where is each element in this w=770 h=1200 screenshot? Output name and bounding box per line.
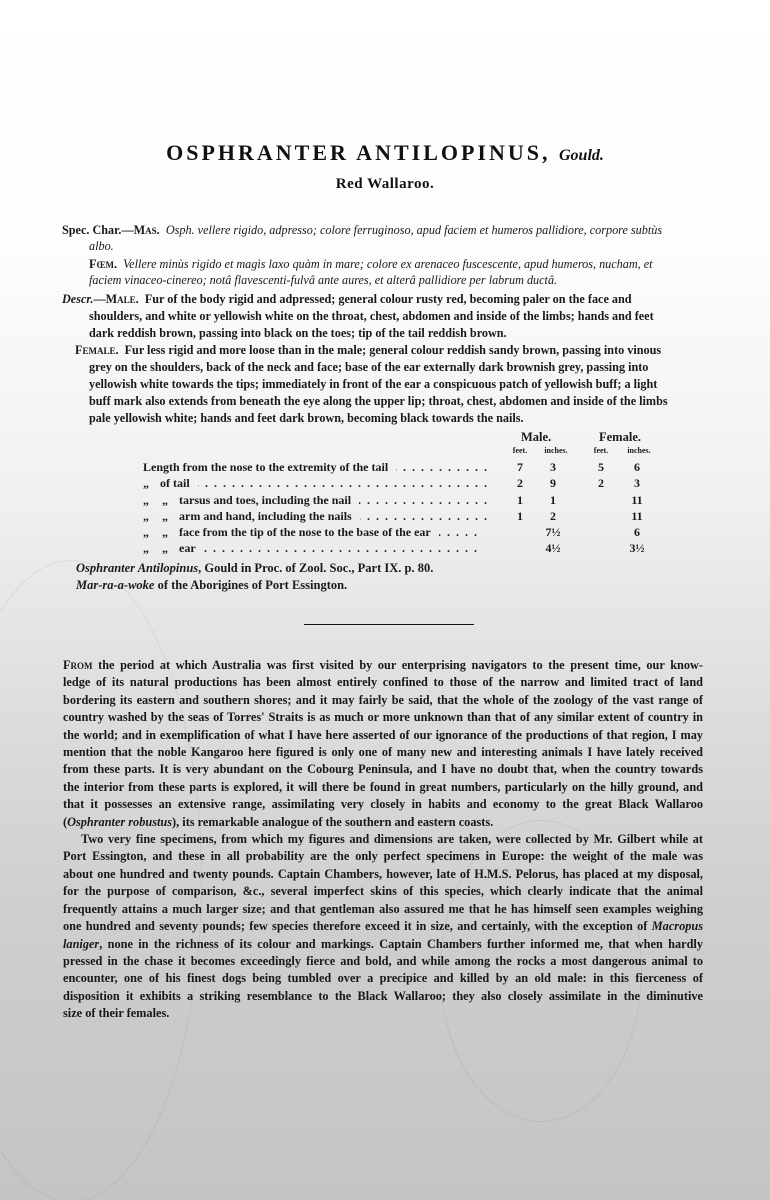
text-line: size of their females. [63, 1005, 703, 1022]
female-label: Female. [75, 343, 119, 357]
foem-label: Fœm. [89, 257, 117, 271]
measurement-label: Length from the nose to the extremity of… [143, 459, 388, 475]
female-text-line: grey on the shoulders, back of the neck … [89, 359, 648, 376]
species-authority: Gould. [559, 147, 604, 164]
measurement-value: 3½ [625, 540, 649, 556]
citation-ref: , Gould in Proc. of Zool. Soc., Part IX.… [198, 561, 433, 575]
measurement-value: 6 [625, 524, 649, 540]
text-line: laniger, none in the richness of its col… [63, 936, 703, 953]
text-line: mention that the noble Kangaroo here fig… [63, 744, 703, 761]
female-text: Fur less rigid and more loose than in th… [125, 343, 662, 357]
text-line: encounter, one of his finest dogs being … [63, 970, 703, 987]
foem-text: Vellere minùs rigido et magìs laxo quàm … [123, 257, 652, 271]
unit-header: feet. [502, 446, 538, 455]
measurement-value: 9 [541, 475, 565, 491]
measurement-value: 6 [625, 459, 649, 475]
measurement-value: 2 [589, 475, 613, 491]
table-row: ........................................… [143, 475, 663, 491]
leader-dots: ........................................… [396, 459, 493, 475]
male-label: Male. [106, 292, 139, 306]
female-text-line: pale yellowish white; hands and feet dar… [89, 410, 524, 427]
male-text-line: shoulders, and white or yellowish white … [89, 308, 654, 325]
female-text-line: yellowish white towards the tips; immedi… [89, 376, 657, 393]
measurement-value: 4½ [541, 540, 565, 556]
text-line: From the period at which Australia was f… [63, 657, 703, 674]
body-text: From the period at which Australia was f… [63, 657, 703, 1023]
descr-label: Descr.— [62, 292, 106, 306]
measurement-value: 3 [625, 475, 649, 491]
text-line: disposition it exhibits a striking resem… [63, 988, 703, 1005]
aboriginal-name: Mar-ra-a-woke [76, 578, 154, 592]
leader-dots: ........................................… [359, 492, 493, 508]
table-group-header: Male. Female. [143, 430, 663, 446]
citation-aboriginal-name: Mar-ra-a-woke of the Aborigines of Port … [76, 578, 347, 593]
species-name: OSPHRANTER ANTILOPINUS, [166, 140, 550, 165]
measurement-value: 7 [508, 459, 532, 475]
descr-female: Female. Fur less rigid and more loose th… [75, 342, 661, 359]
unit-header: inches. [621, 446, 657, 455]
text-line: pressed in the chase it becomes exceedin… [63, 953, 703, 970]
spec-char-male: Spec. Char.—Mas. Osph. vellere rigido, a… [62, 222, 722, 239]
female-column-header: Female. [599, 430, 641, 445]
measurement-label: „ „ ear [143, 540, 196, 556]
leader-dots: ........................................… [439, 524, 483, 540]
unit-header: inches. [538, 446, 574, 455]
common-name: Red Wallaroo. [0, 176, 770, 193]
text-line: that it possesses an extensive range, as… [63, 796, 703, 813]
measurement-value: 11 [625, 508, 649, 524]
citation-species: Osphranter Antilopinus [76, 561, 198, 575]
measurement-label: „ „ tarsus and toes, including the nail [143, 492, 351, 508]
text-line: bordering its eastern and southern shore… [63, 692, 703, 709]
text-line: the interior from these parts is explore… [63, 779, 703, 796]
text-line: ledge of its natural productions has bee… [63, 674, 703, 691]
aboriginal-name-source: of the Aborigines of Port Essington. [154, 578, 347, 592]
measurement-value: 2 [541, 508, 565, 524]
male-text-line: dark reddish brown, passing into black o… [89, 325, 507, 342]
descr-male: Descr.—Male. Fur of the body rigid and a… [62, 291, 722, 308]
leader-dots: ........................................… [204, 540, 483, 556]
measurement-value: 5 [589, 459, 613, 475]
spec-char-label: Spec. Char.— [62, 223, 134, 237]
table-unit-header: feet. inches. feet. inches. [143, 446, 663, 459]
table-row: ........................................… [143, 508, 663, 524]
mas-text-cont: albo. [89, 238, 114, 255]
text-line: frequently attains a much larger size; a… [63, 901, 703, 918]
text-line: Two very fine specimens, from which my f… [63, 831, 703, 848]
foem-text-cont: faciem vinaceo-cinereo; notâ flavescenti… [89, 272, 557, 289]
paragraph-1: From the period at which Australia was f… [63, 657, 703, 831]
unit-header: feet. [583, 446, 619, 455]
text-line: (Osphranter robustus), its remarkable an… [63, 814, 703, 831]
measurement-value: 3 [541, 459, 565, 475]
measurement-label: „ of tail [143, 475, 190, 491]
paragraph-2: Two very fine specimens, from which my f… [63, 831, 703, 1022]
page-title: OSPHRANTER ANTILOPINUS, Gould. [0, 140, 770, 166]
text-line: about one hundred and twenty pounds. Cap… [63, 866, 703, 883]
text-line: one hundred and seventy pounds; few spec… [63, 918, 703, 935]
table-row: ........................................… [143, 459, 663, 475]
citation-proc-zool: Osphranter Antilopinus, Gould in Proc. o… [76, 561, 433, 576]
male-column-header: Male. [521, 430, 551, 445]
text-line: for the purpose of comparison, &c., seve… [63, 883, 703, 900]
measurements-table: Male. Female. feet. inches. feet. inches… [143, 430, 663, 557]
mas-label: Mas. [134, 223, 160, 237]
spec-char-female: Fœm. Vellere minùs rigido et magìs laxo … [89, 256, 729, 273]
text-line: Port Essington, and these in all probabi… [63, 848, 703, 865]
leader-dots: ........................................… [198, 475, 493, 491]
mas-text: Osph. vellere rigido, adpresso; colore f… [166, 223, 662, 237]
section-divider [304, 624, 474, 625]
text-line: country washed by the seas of Torres' St… [63, 709, 703, 726]
leader-dots: ........................................… [360, 508, 493, 524]
measurement-value: 2 [508, 475, 532, 491]
measurement-value: 1 [541, 492, 565, 508]
measurement-value: 1 [508, 492, 532, 508]
table-row: ........................................… [143, 540, 663, 556]
measurement-value: 11 [625, 492, 649, 508]
table-row: ........................................… [143, 492, 663, 508]
measurement-value: 1 [508, 508, 532, 524]
table-body: ........................................… [143, 459, 663, 557]
female-text-line: buff mark also extends from beneath the … [89, 393, 668, 410]
measurement-label: „ „ arm and hand, including the nails [143, 508, 352, 524]
document-page: OSPHRANTER ANTILOPINUS, Gould. Red Walla… [0, 0, 770, 1200]
table-row: ........................................… [143, 524, 663, 540]
text-line: the world; and in exemplification of wha… [63, 727, 703, 744]
measurement-value: 7½ [541, 524, 565, 540]
text-line: from these parts. It is very abundant on… [63, 761, 703, 778]
male-text: Fur of the body rigid and adpressed; gen… [145, 292, 632, 306]
measurement-label: „ „ face from the tip of the nose to the… [143, 524, 431, 540]
